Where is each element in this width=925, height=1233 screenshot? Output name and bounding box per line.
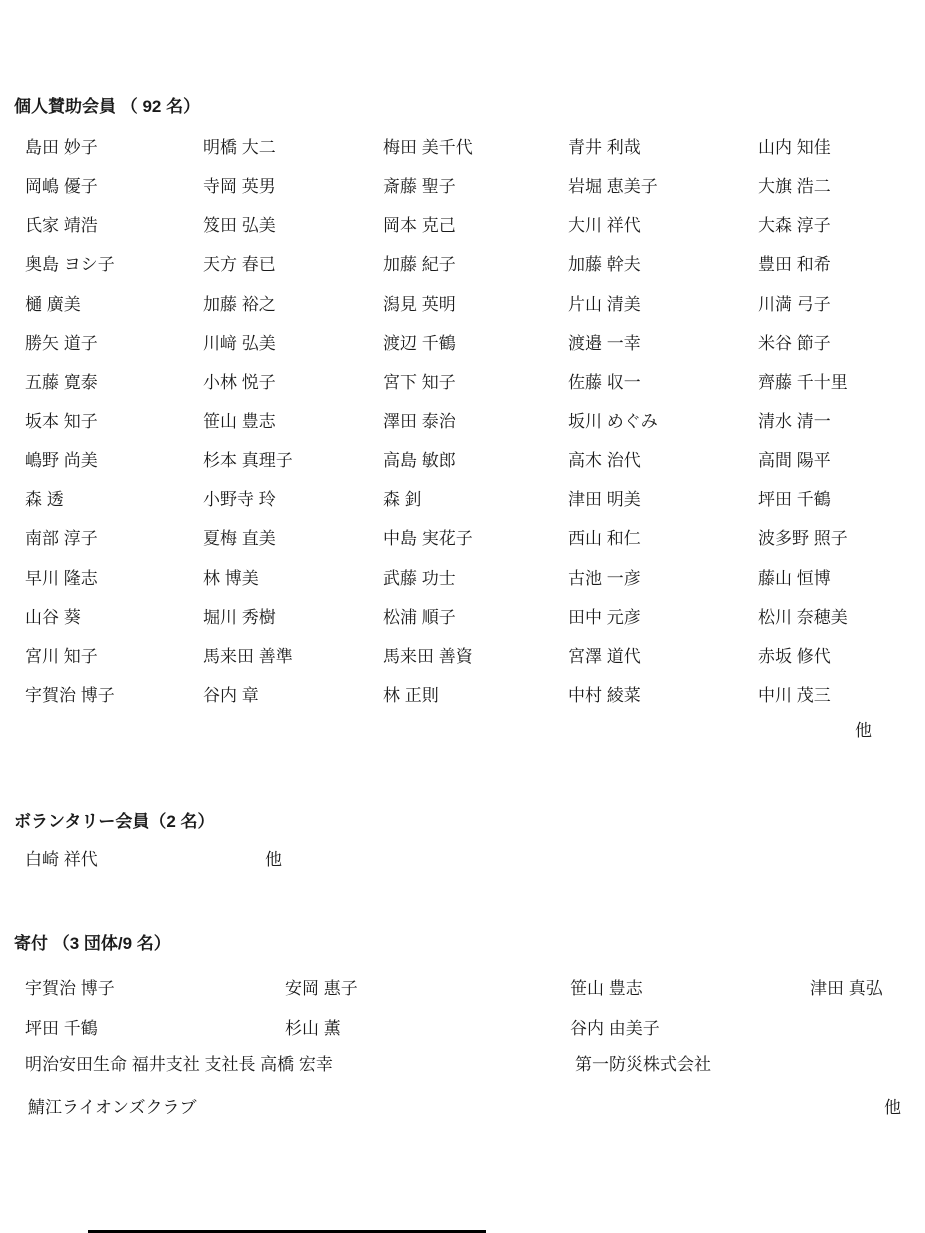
member-name: 清水 清一	[758, 407, 831, 432]
member-name: 加藤 裕之	[203, 290, 383, 315]
member-name: 渡邉 一幸	[568, 329, 758, 354]
member-name: 五藤 寛泰	[25, 368, 203, 393]
member-name: 西山 和仁	[568, 524, 758, 549]
member-name: 早川 隆志	[25, 564, 203, 589]
member-name: 馬来田 善資	[383, 642, 568, 667]
member-name: 高間 陽平	[758, 446, 831, 471]
member-row: 樋 廣美加藤 裕之潟見 英明片山 清美川満 弓子	[25, 283, 848, 322]
member-name: 加藤 幹夫	[568, 250, 758, 275]
member-name: 宮澤 道代	[568, 642, 758, 667]
document-page: 個人賛助会員 （ 92 名） 島田 妙子明橋 大二梅田 美千代青井 利哉山内 知…	[0, 0, 925, 1233]
member-row: 宇賀治 博子谷内 章林 正則中村 綾菜中川 茂三	[25, 674, 848, 713]
member-name: 坪田 千鶴	[25, 1014, 285, 1039]
member-name: 谷内 章	[203, 681, 383, 706]
member-name: 斎藤 聖子	[383, 172, 568, 197]
member-name: 笹山 豊志	[570, 974, 810, 999]
member-name: 宇賀治 博子	[25, 681, 203, 706]
member-name: 林 正則	[383, 681, 568, 706]
member-name: 松川 奈穂美	[758, 603, 848, 628]
member-name: 勝矢 道子	[25, 329, 203, 354]
member-name: 堀川 秀樹	[203, 603, 383, 628]
voluntary-members-etc-label: 他	[265, 845, 282, 870]
donations-individual-list: 宇賀治 博子安岡 惠子笹山 豊志津田 真弘坪田 千鶴杉山 薫谷内 由美子	[25, 967, 883, 1046]
member-row: 五藤 寛泰小林 悦子宮下 知子佐藤 収一齊藤 千十里	[25, 361, 848, 400]
member-name: 夏梅 直美	[203, 524, 383, 549]
member-row: 宮川 知子馬来田 善準馬来田 善資宮澤 道代赤坂 修代	[25, 635, 848, 674]
member-name: 谷内 由美子	[570, 1014, 810, 1039]
member-row: 坂本 知子笹山 豊志澤田 泰治坂川 めぐみ清水 清一	[25, 400, 848, 439]
member-name: 馬来田 善準	[203, 642, 383, 667]
member-name: 加藤 紀子	[383, 250, 568, 275]
member-name: 岡嶋 優子	[25, 172, 203, 197]
member-name: 山谷 葵	[25, 603, 203, 628]
member-name: 笈田 弘美	[203, 211, 383, 236]
member-name: 片山 清美	[568, 290, 758, 315]
member-name: 潟見 英明	[383, 290, 568, 315]
member-name: 赤坂 修代	[758, 642, 831, 667]
member-name: 齊藤 千十里	[758, 368, 848, 393]
member-name: 樋 廣美	[25, 290, 203, 315]
member-name: 白崎 祥代	[25, 850, 98, 869]
member-name: 安岡 惠子	[285, 974, 570, 999]
member-name: 豊田 和希	[758, 250, 831, 275]
member-name: 高木 治代	[568, 446, 758, 471]
member-name: 杉本 真理子	[203, 446, 383, 471]
member-name: 波多野 照子	[758, 524, 848, 549]
member-name: 澤田 泰治	[383, 407, 568, 432]
supporting-members-title: 個人賛助会員 （ 92 名）	[14, 92, 200, 117]
member-name: 島田 妙子	[25, 133, 203, 158]
member-name: 中村 綾菜	[568, 681, 758, 706]
member-row: 勝矢 道子川﨑 弘美渡辺 千鶴渡邉 一幸米谷 節子	[25, 322, 848, 361]
member-name: 南部 淳子	[25, 524, 203, 549]
member-row: 坪田 千鶴杉山 薫谷内 由美子	[25, 1007, 883, 1047]
member-name: 小林 悦子	[203, 368, 383, 393]
member-name: 寺岡 英男	[203, 172, 383, 197]
member-row: 南部 淳子夏梅 直美中島 実花子西山 和仁波多野 照子	[25, 517, 848, 556]
supporting-members-list: 島田 妙子明橋 大二梅田 美千代青井 利哉山内 知佳岡嶋 優子寺岡 英男斎藤 聖…	[25, 126, 848, 713]
member-name: 坪田 千鶴	[758, 485, 831, 510]
member-name: 岩堀 恵美子	[568, 172, 758, 197]
member-name: 森 透	[25, 485, 203, 510]
member-row: 宇賀治 博子安岡 惠子笹山 豊志津田 真弘	[25, 967, 883, 1007]
donor-organization-name: 鯖江ライオンズクラブ	[28, 1098, 196, 1117]
member-name: 武藤 功士	[383, 564, 568, 589]
member-name: 田中 元彦	[568, 603, 758, 628]
member-name: 大森 淳子	[758, 211, 831, 236]
member-name: 山内 知佳	[758, 133, 831, 158]
donations-org-row: 明治安田生命 福井支社 支社長 高橋 宏幸 第一防災株式会社	[25, 1050, 711, 1075]
member-name: 渡辺 千鶴	[383, 329, 568, 354]
member-name: 高島 敏郎	[383, 446, 568, 471]
member-name: 森 釗	[383, 485, 568, 510]
donations-etc-label: 他	[884, 1093, 901, 1118]
member-name: 林 博美	[203, 564, 383, 589]
member-name: 岡本 克己	[383, 211, 568, 236]
member-name: 奥島 ヨシ子	[25, 250, 203, 275]
member-name: 坂川 めぐみ	[568, 407, 758, 432]
member-name: 中川 茂三	[758, 681, 831, 706]
member-name: 津田 明美	[568, 485, 758, 510]
member-name: 天方 春已	[203, 250, 383, 275]
member-row: 氏家 靖浩笈田 弘美岡本 克己大川 祥代大森 淳子	[25, 204, 848, 243]
member-name: 古池 一彦	[568, 564, 758, 589]
donations-title: 寄付 （3 団体/9 名）	[14, 929, 171, 954]
member-name: 明橋 大二	[203, 133, 383, 158]
member-name: 坂本 知子	[25, 407, 203, 432]
member-name: 宮下 知子	[383, 368, 568, 393]
member-name: 川﨑 弘美	[203, 329, 383, 354]
member-name: 宮川 知子	[25, 642, 203, 667]
member-name: 藤山 恒博	[758, 564, 831, 589]
member-name: 宇賀治 博子	[25, 974, 285, 999]
member-name: 梅田 美千代	[383, 133, 568, 158]
member-row: 山谷 葵堀川 秀樹松浦 順子田中 元彦松川 奈穂美	[25, 596, 848, 635]
member-name: 米谷 節子	[758, 329, 831, 354]
member-name: 小野寺 玲	[203, 485, 383, 510]
member-name: 杉山 薫	[285, 1014, 570, 1039]
member-name: 川満 弓子	[758, 290, 831, 315]
voluntary-members-row: 白崎 祥代 他	[25, 845, 98, 870]
donor-organization-name: 第一防災株式会社	[575, 1050, 711, 1075]
member-row: 早川 隆志林 博美武藤 功士古池 一彦藤山 恒博	[25, 557, 848, 596]
member-name: 大旗 浩二	[758, 172, 831, 197]
member-row: 岡嶋 優子寺岡 英男斎藤 聖子岩堀 恵美子大旗 浩二	[25, 165, 848, 204]
member-name: 津田 真弘	[810, 974, 883, 999]
member-name: 氏家 靖浩	[25, 211, 203, 236]
voluntary-members-title: ボランタリー会員（2 名）	[14, 807, 215, 832]
member-row: 島田 妙子明橋 大二梅田 美千代青井 利哉山内 知佳	[25, 126, 848, 165]
supporting-members-etc-label: 他	[855, 716, 872, 741]
member-name: 笹山 豊志	[203, 407, 383, 432]
member-row: 森 透小野寺 玲森 釗津田 明美坪田 千鶴	[25, 478, 848, 517]
member-row: 嶋野 尚美杉本 真理子高島 敏郎高木 治代高間 陽平	[25, 439, 848, 478]
member-name: 大川 祥代	[568, 211, 758, 236]
member-row: 奥島 ヨシ子天方 春已加藤 紀子加藤 幹夫豊田 和希	[25, 243, 848, 282]
member-name: 青井 利哉	[568, 133, 758, 158]
donations-last-row: 鯖江ライオンズクラブ 他	[28, 1093, 196, 1118]
member-name: 中島 実花子	[383, 524, 568, 549]
member-name: 松浦 順子	[383, 603, 568, 628]
donor-organization-name: 明治安田生命 福井支社 支社長 高橋 宏幸	[25, 1050, 575, 1075]
member-name: 佐藤 収一	[568, 368, 758, 393]
member-name: 嶋野 尚美	[25, 446, 203, 471]
